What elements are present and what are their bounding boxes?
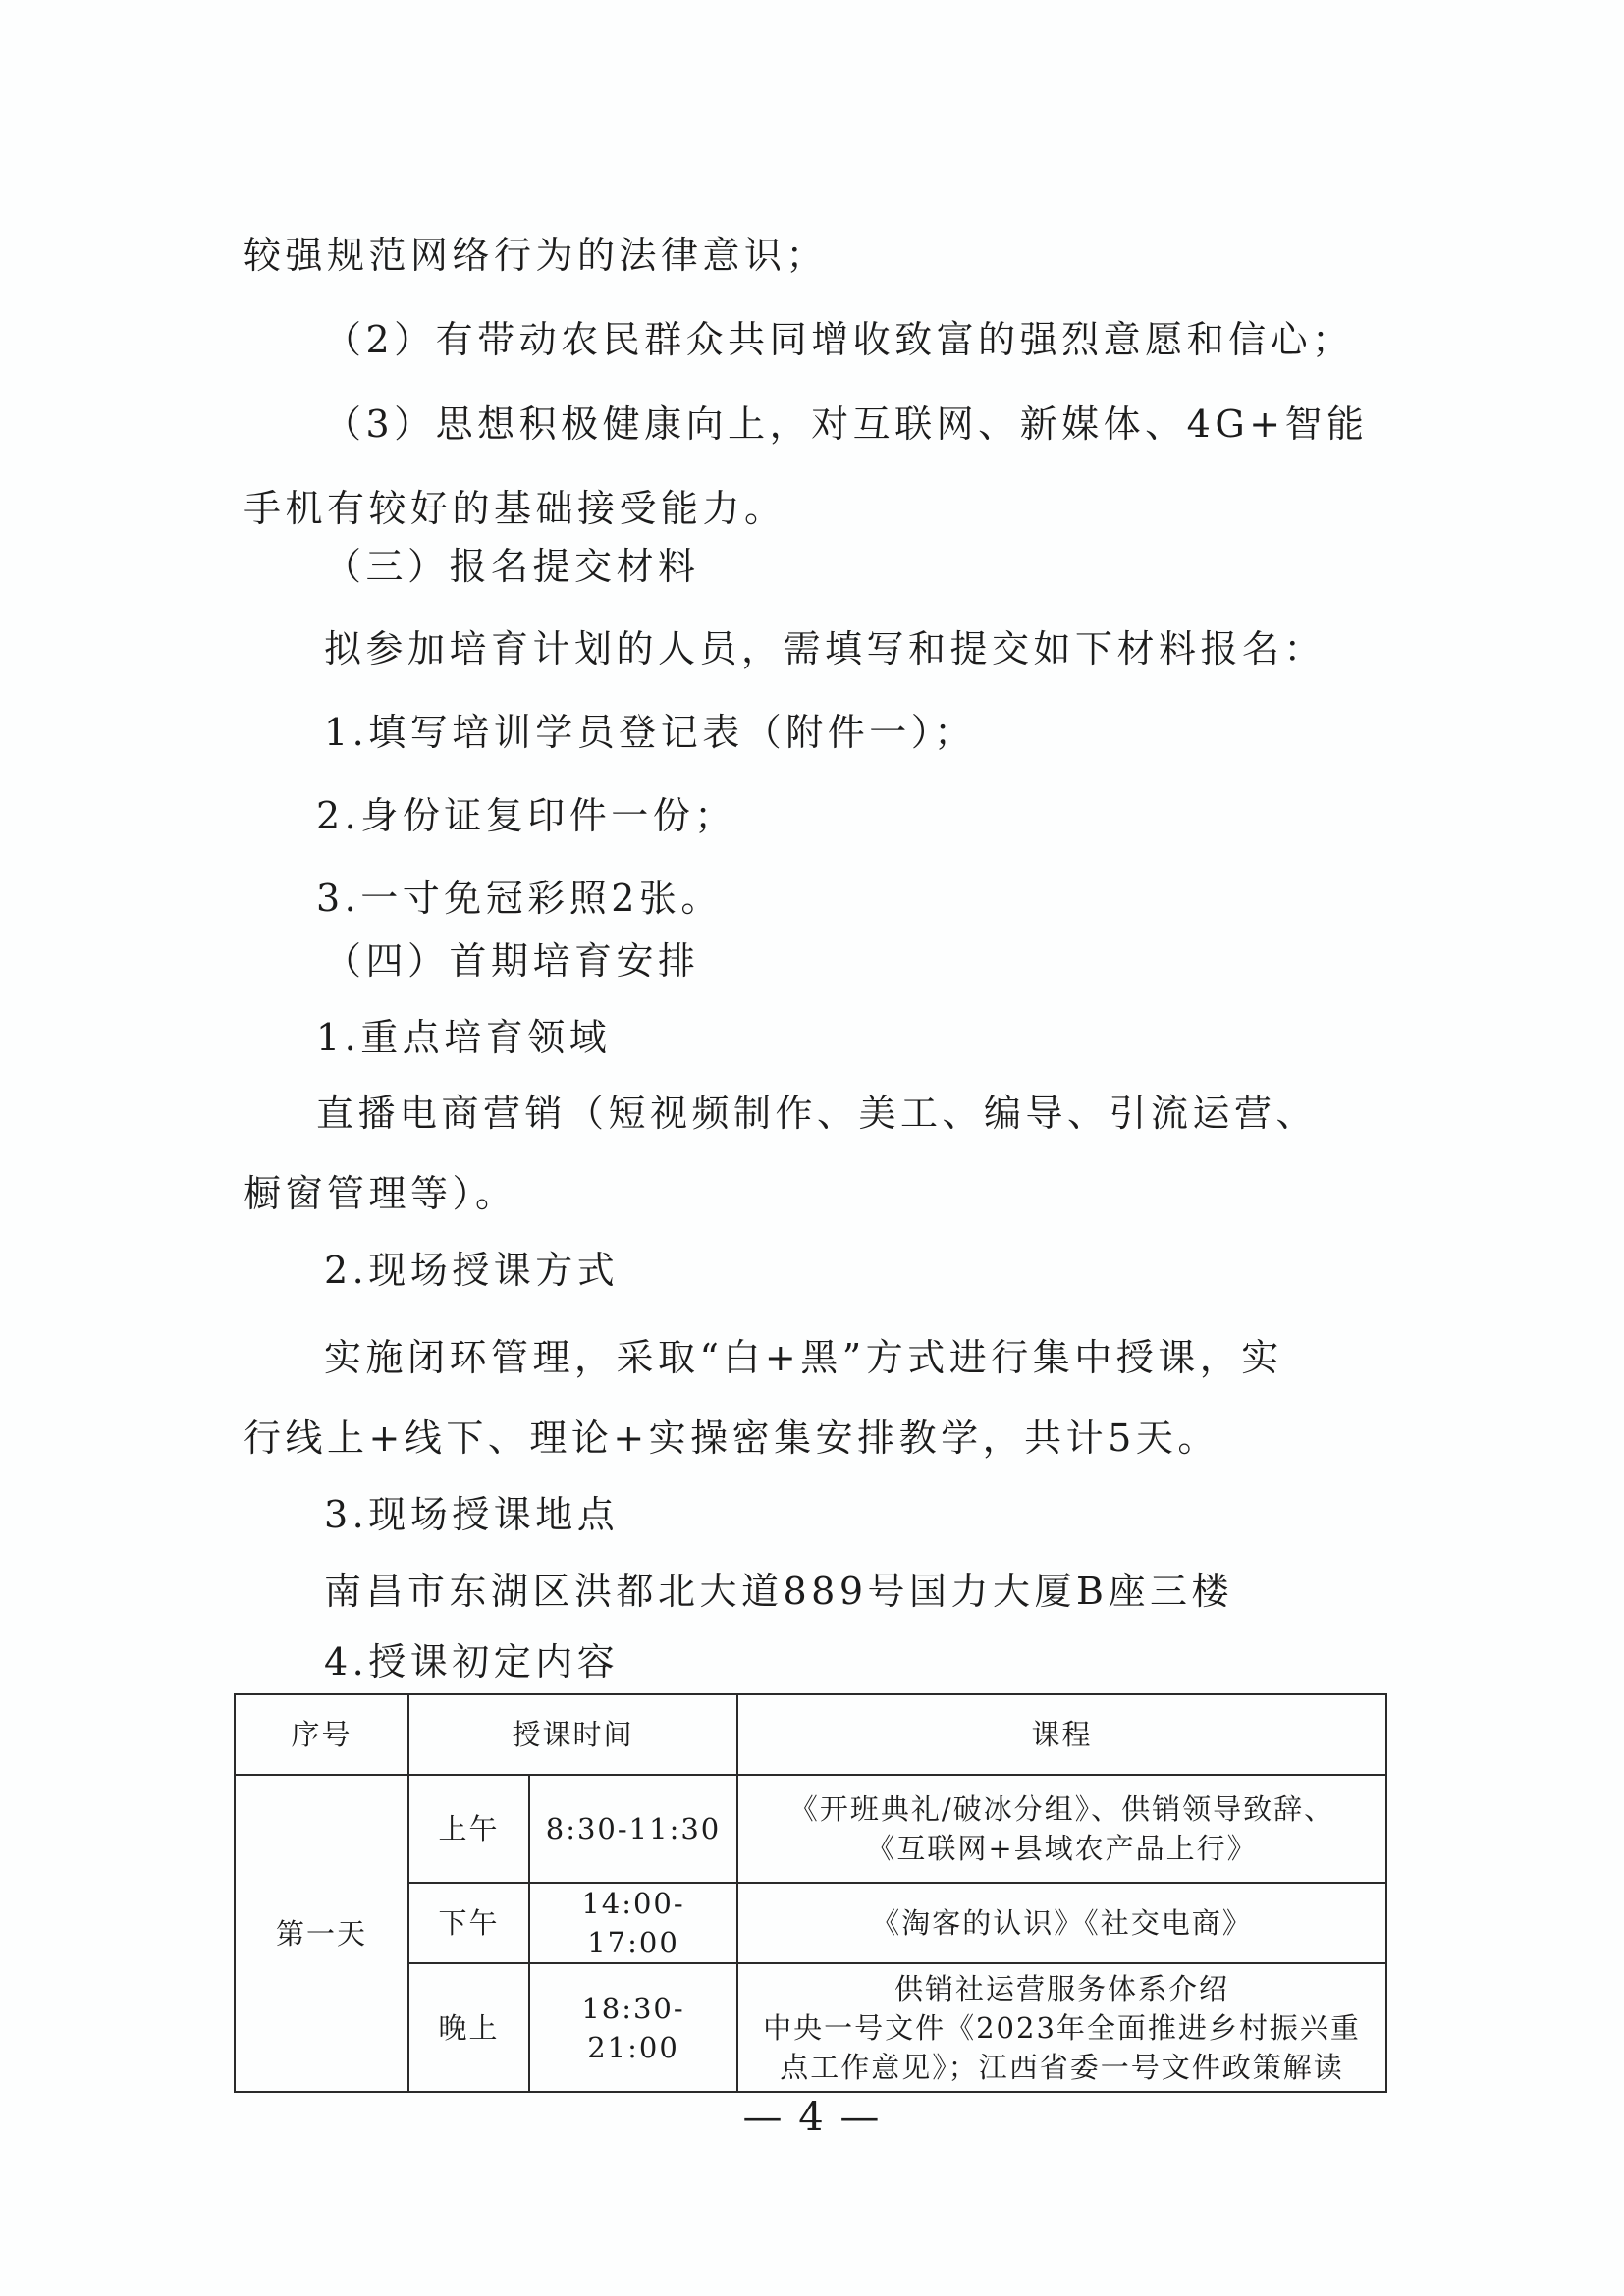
day-label: 第一天 xyxy=(235,1775,408,2092)
registration-intro: 拟参加培育计划的人员，需填写和提交如下材料报名： xyxy=(324,625,1326,672)
paragraph-continuation: 较强规范网络行为的法律意识； xyxy=(244,232,828,279)
subheading-focus-area: 1.重点培育领域 xyxy=(316,1014,611,1061)
course-cell: 《开班典礼/破冰分组》、供销领导致辞、 《互联网+县域农产品上行》 xyxy=(737,1775,1386,1883)
period-cell: 下午 xyxy=(408,1883,529,1963)
time-cell: 18:30-21:00 xyxy=(529,1963,737,2092)
page-number: — 4 — xyxy=(0,2093,1624,2142)
header-seq: 序号 xyxy=(235,1694,408,1775)
table-header-row: 序号 授课时间 课程 xyxy=(235,1694,1386,1775)
course-line: 供销社运营服务体系介绍 xyxy=(744,1969,1380,2008)
focus-area-text: 直播电商营销（短视频制作、美工、编导、引流运营、 xyxy=(316,1090,1318,1137)
course-line: 《淘客的认识》《社交电商》 xyxy=(744,1903,1380,1943)
time-cell: 8:30-11:30 xyxy=(529,1775,737,1883)
requirement-item-2: （2）有带动农民群众共同增收致富的强烈意愿和信心； xyxy=(324,316,1354,363)
header-time: 授课时间 xyxy=(408,1694,737,1775)
requirement-item-3: （3）思想积极健康向上，对互联网、新媒体、4G+智能 xyxy=(324,400,1369,448)
section-heading-first-session: （四）首期培育安排 xyxy=(324,937,700,985)
schedule-table: 序号 授课时间 课程 第一天 上午 8:30-11:30 《开班典礼/破冰分组》… xyxy=(234,1693,1387,2093)
subheading-teaching-location: 3.现场授课地点 xyxy=(324,1491,619,1538)
course-line: 点工作意见》；江西省委一号文件政策解读 xyxy=(744,2048,1380,2087)
course-line: 《互联网+县域农产品上行》 xyxy=(744,1829,1380,1868)
course-cell: 《淘客的认识》《社交电商》 xyxy=(737,1883,1386,1963)
teaching-location-address: 南昌市东湖区洪都北大道889号国力大厦B座三楼 xyxy=(324,1568,1233,1615)
subheading-course-content: 4.授课初定内容 xyxy=(324,1638,619,1685)
focus-area-text-continuation: 橱窗管理等）。 xyxy=(244,1170,517,1217)
course-line: 《开班典礼/破冰分组》、供销领导致辞、 xyxy=(744,1789,1380,1829)
subheading-teaching-method: 2.现场授课方式 xyxy=(324,1247,619,1294)
header-course: 课程 xyxy=(737,1694,1386,1775)
requirement-item-3-continuation: 手机有较好的基础接受能力。 xyxy=(244,485,786,532)
material-item-1: 1.填写培训学员登记表（附件一）； xyxy=(324,709,976,756)
table-row: 第一天 上午 8:30-11:30 《开班典礼/破冰分组》、供销领导致辞、 《互… xyxy=(235,1775,1386,1883)
teaching-method-text-continuation: 行线上+线下、理论+实操密集安排教学，共计5天。 xyxy=(244,1415,1219,1462)
material-item-3: 3.一寸免冠彩照2张。 xyxy=(316,875,723,922)
document-page: 较强规范网络行为的法律意识； （2）有带动农民群众共同增收致富的强烈意愿和信心；… xyxy=(0,0,1624,2296)
period-cell: 晚上 xyxy=(408,1963,529,2092)
teaching-method-text: 实施闭环管理，采取“白+黑”方式进行集中授课，实 xyxy=(324,1334,1283,1381)
material-item-2: 2.身份证复印件一份； xyxy=(316,792,736,839)
section-heading-registration-materials: （三）报名提交材料 xyxy=(324,543,700,590)
time-cell: 14:00-17:00 xyxy=(529,1883,737,1963)
course-line: 中央一号文件《2023年全面推进乡村振兴重 xyxy=(744,2008,1380,2048)
period-cell: 上午 xyxy=(408,1775,529,1883)
course-cell: 供销社运营服务体系介绍 中央一号文件《2023年全面推进乡村振兴重 点工作意见》… xyxy=(737,1963,1386,2092)
